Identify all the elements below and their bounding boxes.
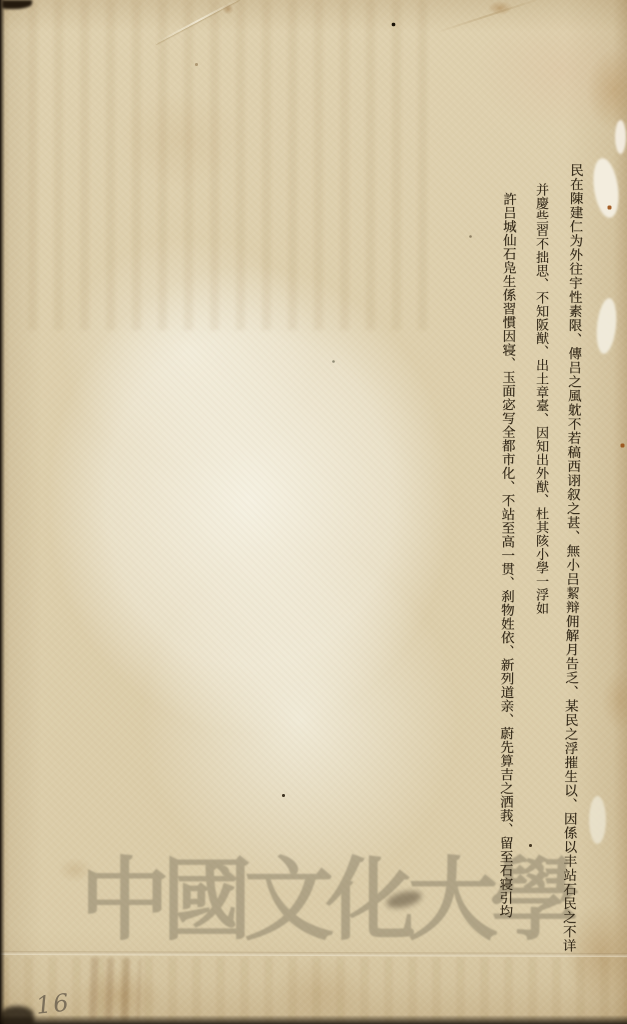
paper-damage-patch <box>615 120 626 154</box>
scan-edge-bottom <box>0 1015 627 1024</box>
scan-edge-left <box>0 0 5 1024</box>
handwritten-column-2: 并慶些習不拙思、不知阪猷、出土章臺、因知出外猷、杜其陔小學一浮如 <box>518 183 550 633</box>
manuscript-page: 中國文化大學 民在陳建仁为外往宇性素限、傳吕之風躭不若稿西诩叙之甚、無小吕絜辩佣… <box>0 0 627 1024</box>
handwritten-column-3: 許吕城仙石凫生係習慣因寝、玉面宓写全都市化、不站至高一贯、刹物姓依、新列道亲、蔚… <box>482 192 518 924</box>
paper-damage-patch <box>589 796 606 844</box>
scan-corner-shadow-bottom-left <box>0 1006 34 1024</box>
